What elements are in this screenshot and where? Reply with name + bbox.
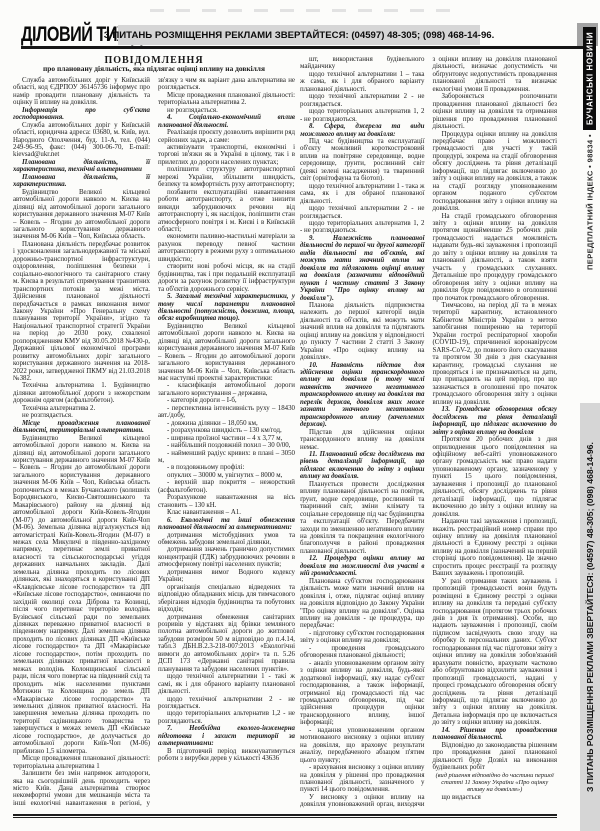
notice-paragraph: поліпшити структуру автотранспортної мер… [158,166,295,188]
notice-paragraph: Підстав для здійснення оцінки транскордо… [300,429,425,451]
notice-paragraph: Забороняється розпочинати провадження пл… [433,93,558,130]
notice-paragraph: 13. Громадське обговорення обсягу дослід… [433,406,558,436]
notice-paragraph: - врахування висновку з оцінки впливу на… [300,764,425,794]
notice-paragraph: дотримання вимог Водного кодексу України… [158,569,295,584]
notice-paragraph: опуклих – 30000 м, увігнутих – 8000 м, [158,472,295,479]
notice-title: ПОВІДОМЛЕННЯ [13,57,295,64]
notice-paragraph: 7. Необхідна еколого-інженерна підготовк… [158,725,295,747]
notice-paragraph: Планована діяльність, її характеристика. [13,174,150,189]
notice-paragraph: 11. Планований обсяг досліджень та рівен… [300,451,425,481]
notice-paragraph: позбавити експлуатаційні навантаження ро… [158,189,295,234]
notice-paragraph: На стадії громадського обговорення звіту… [433,213,558,302]
notice-paragraph: 10. Наявність підстав для здійснення оці… [300,362,425,429]
notice-paragraph: У разі отримання таких зауважень і пропо… [433,578,558,727]
notice-paragraph: дотримання значень гранично допустимих к… [158,546,295,568]
notice-paragraph: не розглядається. [158,107,295,114]
notice-paragraph: - аналіз уповноваженим органом звіту з о… [300,660,425,727]
notice-paragraph: Будівництво Великої кільцевої автомобіль… [158,323,295,383]
notice-paragraph: В підготовчий період виконуватимуться ро… [158,748,295,763]
newspaper-page: ДІЛОВИЙ ТИЖДЕНЬ З ПИТАНЬ РОЗМІЩЕННЯ РЕКЛ… [0,0,600,831]
notice-paragraph: щодо технічної альтернативи 2 - не розгл… [300,205,425,220]
notice-paragraph: 5. Загальні технічні характеристики, у т… [158,293,295,323]
notice-paragraph: щодо територіальних альтернатив 1,2 - не… [158,710,295,725]
notice-paragraph: Реалізація проєкту дозволить вирішити ря… [158,129,295,144]
notice-paragraph: щодо територіальних альтернатив 1, 2 - н… [300,220,425,235]
notice-paragraph: 14. Рішення про провадження планованої д… [433,727,558,742]
notice-paragraph: створити нові робочі місця, як на стадії… [158,263,295,293]
notice-paragraph: Планується провести дослідження впливу п… [300,481,425,556]
notice-paragraph: Технічна альтернатива 2. [13,405,150,412]
bottom-double-rule [13,814,557,818]
notice-paragraph: - довжина ділянки – 18,050 км, [158,420,295,427]
notice-paragraph: Будівництво Великої кільцевої автомобіль… [13,189,150,241]
notice-paragraph: Будівництво Великої кільцевої автомобіль… [13,435,150,755]
notice-paragraph: Тимчасово, на період дії та в межах тери… [433,302,558,406]
notice-paragraph: 9. Належність планованої діяльності до п… [300,235,425,302]
notice-paragraph: Служба автомобільних доріг у Київській о… [13,77,150,107]
notice-paragraph: Відповідно до законодавства рішенням про… [433,742,558,772]
notice-subtitle: про плановану діяльність, яка підлягає о… [13,65,295,72]
notice-paragraph: щодо технічної альтернативи 2 - не розгл… [158,696,295,711]
notice-paragraph: не розглядається. [13,412,150,419]
vertical-ad-strip: З ПИТАНЬ РОЗМІЩЕННЯ РЕКЛАМИ ЗВЕРТАЙТЕСЯ:… [580,403,600,831]
notice-paragraph: Під час будівництва та експлуатації об'є… [300,138,425,183]
notice-paragraph: щодо технічної альтернативи 1 – така ж с… [300,71,425,93]
notice-paragraph: 8. Сфера, джерела та види можливого впли… [300,123,425,138]
notice-paragraph: щодо технічної альтернативи 2 - не розгл… [300,93,425,108]
header-rule [21,46,588,49]
newspaper-name-badge: БУЧАНСЬКІ НОВИНИ [584,27,597,130]
notice-paragraph: Планована діяльність, її характеристика,… [13,159,150,174]
notice-paragraph: - категорія дороги – І-б, [158,397,295,404]
notice-paragraph: Місце провадження планованої діяльності,… [13,420,150,435]
notice-paragraph: - проведення громадського обговорення пл… [300,645,425,660]
notice-paragraph: Інформація про суб'єкта господарювання. [13,107,150,122]
notice-paragraph: - розрахункова швидкість – 130 км/год, [158,427,295,434]
notice-paragraph: щодо технічної альтернативи 1 - така ж с… [300,183,425,205]
notice-paragraph: Планована суб'єктом господарювання діяль… [300,578,425,630]
notice-paragraph: щодо технічної альтернативи 1 - такі ж с… [158,673,295,695]
notice-paragraph: 12. Процедура оцінки впливу на довкілля … [300,555,425,577]
notice-paragraph: - найменший радіус кривих: в плані – 305… [158,450,295,465]
notice-paragraph: Місце провадження планованої діяльності:… [13,755,150,770]
subscription-index-strip: ПЕРЕДПЛАТНИЙ ІНДЕКС • 98834 • БУЧАНСЬКІ … [580,52,600,270]
notice-paragraph: Планована діяльність передбачає розвиток… [13,241,150,383]
notice-columns-left: ПОВІДОМЛЕННЯ про плановану діяльність, я… [13,56,295,813]
notice-paragraph: Місце провадження планованої діяльності:… [158,92,295,107]
notice-paragraph: дотримання містобудівних умов та обмежен… [158,532,295,547]
notice-paragraph: шт, використання будівельного майданчику [300,56,425,71]
ad-banner: З ПИТАНЬ РОЗМІЩЕННЯ РЕКЛАМИ ЗВЕРТАЙТЕСЯ:… [118,25,480,45]
notice-paragraph: - ширина проїзної частини – 4 х 3,77 м, [158,435,295,442]
notice-paragraph: Розрахункове навантаження на вісь станов… [158,494,295,509]
notice-paragraph: (вид рішення відповідно до частини першо… [433,772,558,794]
notice-paragraph: Надаючи такі зауваження і пропозиції, вк… [433,518,558,578]
notice-paragraph: Процедура оцінки впливу на довкілля пере… [433,131,558,213]
notice-paragraph: Клас навантаження – А1. [158,509,295,516]
notice-paragraph: Планова діяльність підприємства належить… [300,302,425,362]
notice-paragraph: - верхній шар покриття – нежорсткий (асф… [158,479,295,494]
notice-paragraph: активізувати транспортні, економічні і т… [158,144,295,166]
notice-paragraph: організація спеціально відведених та від… [158,584,295,614]
notice-paragraph: Служба автомобільних доріг у Київській о… [13,122,150,159]
notice-paragraph: - найбільший поздовжній похил – 30 0/00, [158,442,295,449]
notice-paragraph: - підготовку суб'єктом господарювання зв… [300,630,425,645]
notice-paragraph: - в поздовжньому профілі: [158,464,295,471]
notice-columns-right: шт, використання будівельного майданчику… [300,56,557,813]
notice-paragraph: 6. Екологічні та інші обмеження планован… [158,517,295,532]
notice-paragraph: що видається [433,794,558,801]
notice-paragraph: Протягом 20 робочих днів з дня оприлюдне… [433,436,558,518]
notice-paragraph: Технічна альтернатива 1. Будівництво діл… [13,382,150,404]
notice-paragraph: щодо територіальних альтернатив 1, 2 - н… [300,108,425,123]
notice-paragraph: дотримання обмеження санітарних розривів… [158,614,295,674]
scan-artifact [150,9,450,12]
subscription-index-label: ПЕРЕДПЛАТНИЙ ІНДЕКС • 98834 • [586,134,595,270]
notice-paragraph: 4. Соціально-економічний вплив плановано… [158,114,295,129]
notice-paragraph: - надання уповноваженим органом мотивова… [300,727,425,764]
notice-paragraph: - класифікація автомобільної дороги зага… [158,382,295,397]
vertical-ad-label: З ПИТАНЬ РОЗМІЩЕННЯ РЕКЛАМИ ЗВЕРТАЙТЕСЯ:… [585,442,595,792]
notice-paragraph: економити паливно-мастильні матеріали за… [158,233,295,263]
notice-paragraph: - перспективна інтенсивність руху – 1843… [158,405,295,420]
